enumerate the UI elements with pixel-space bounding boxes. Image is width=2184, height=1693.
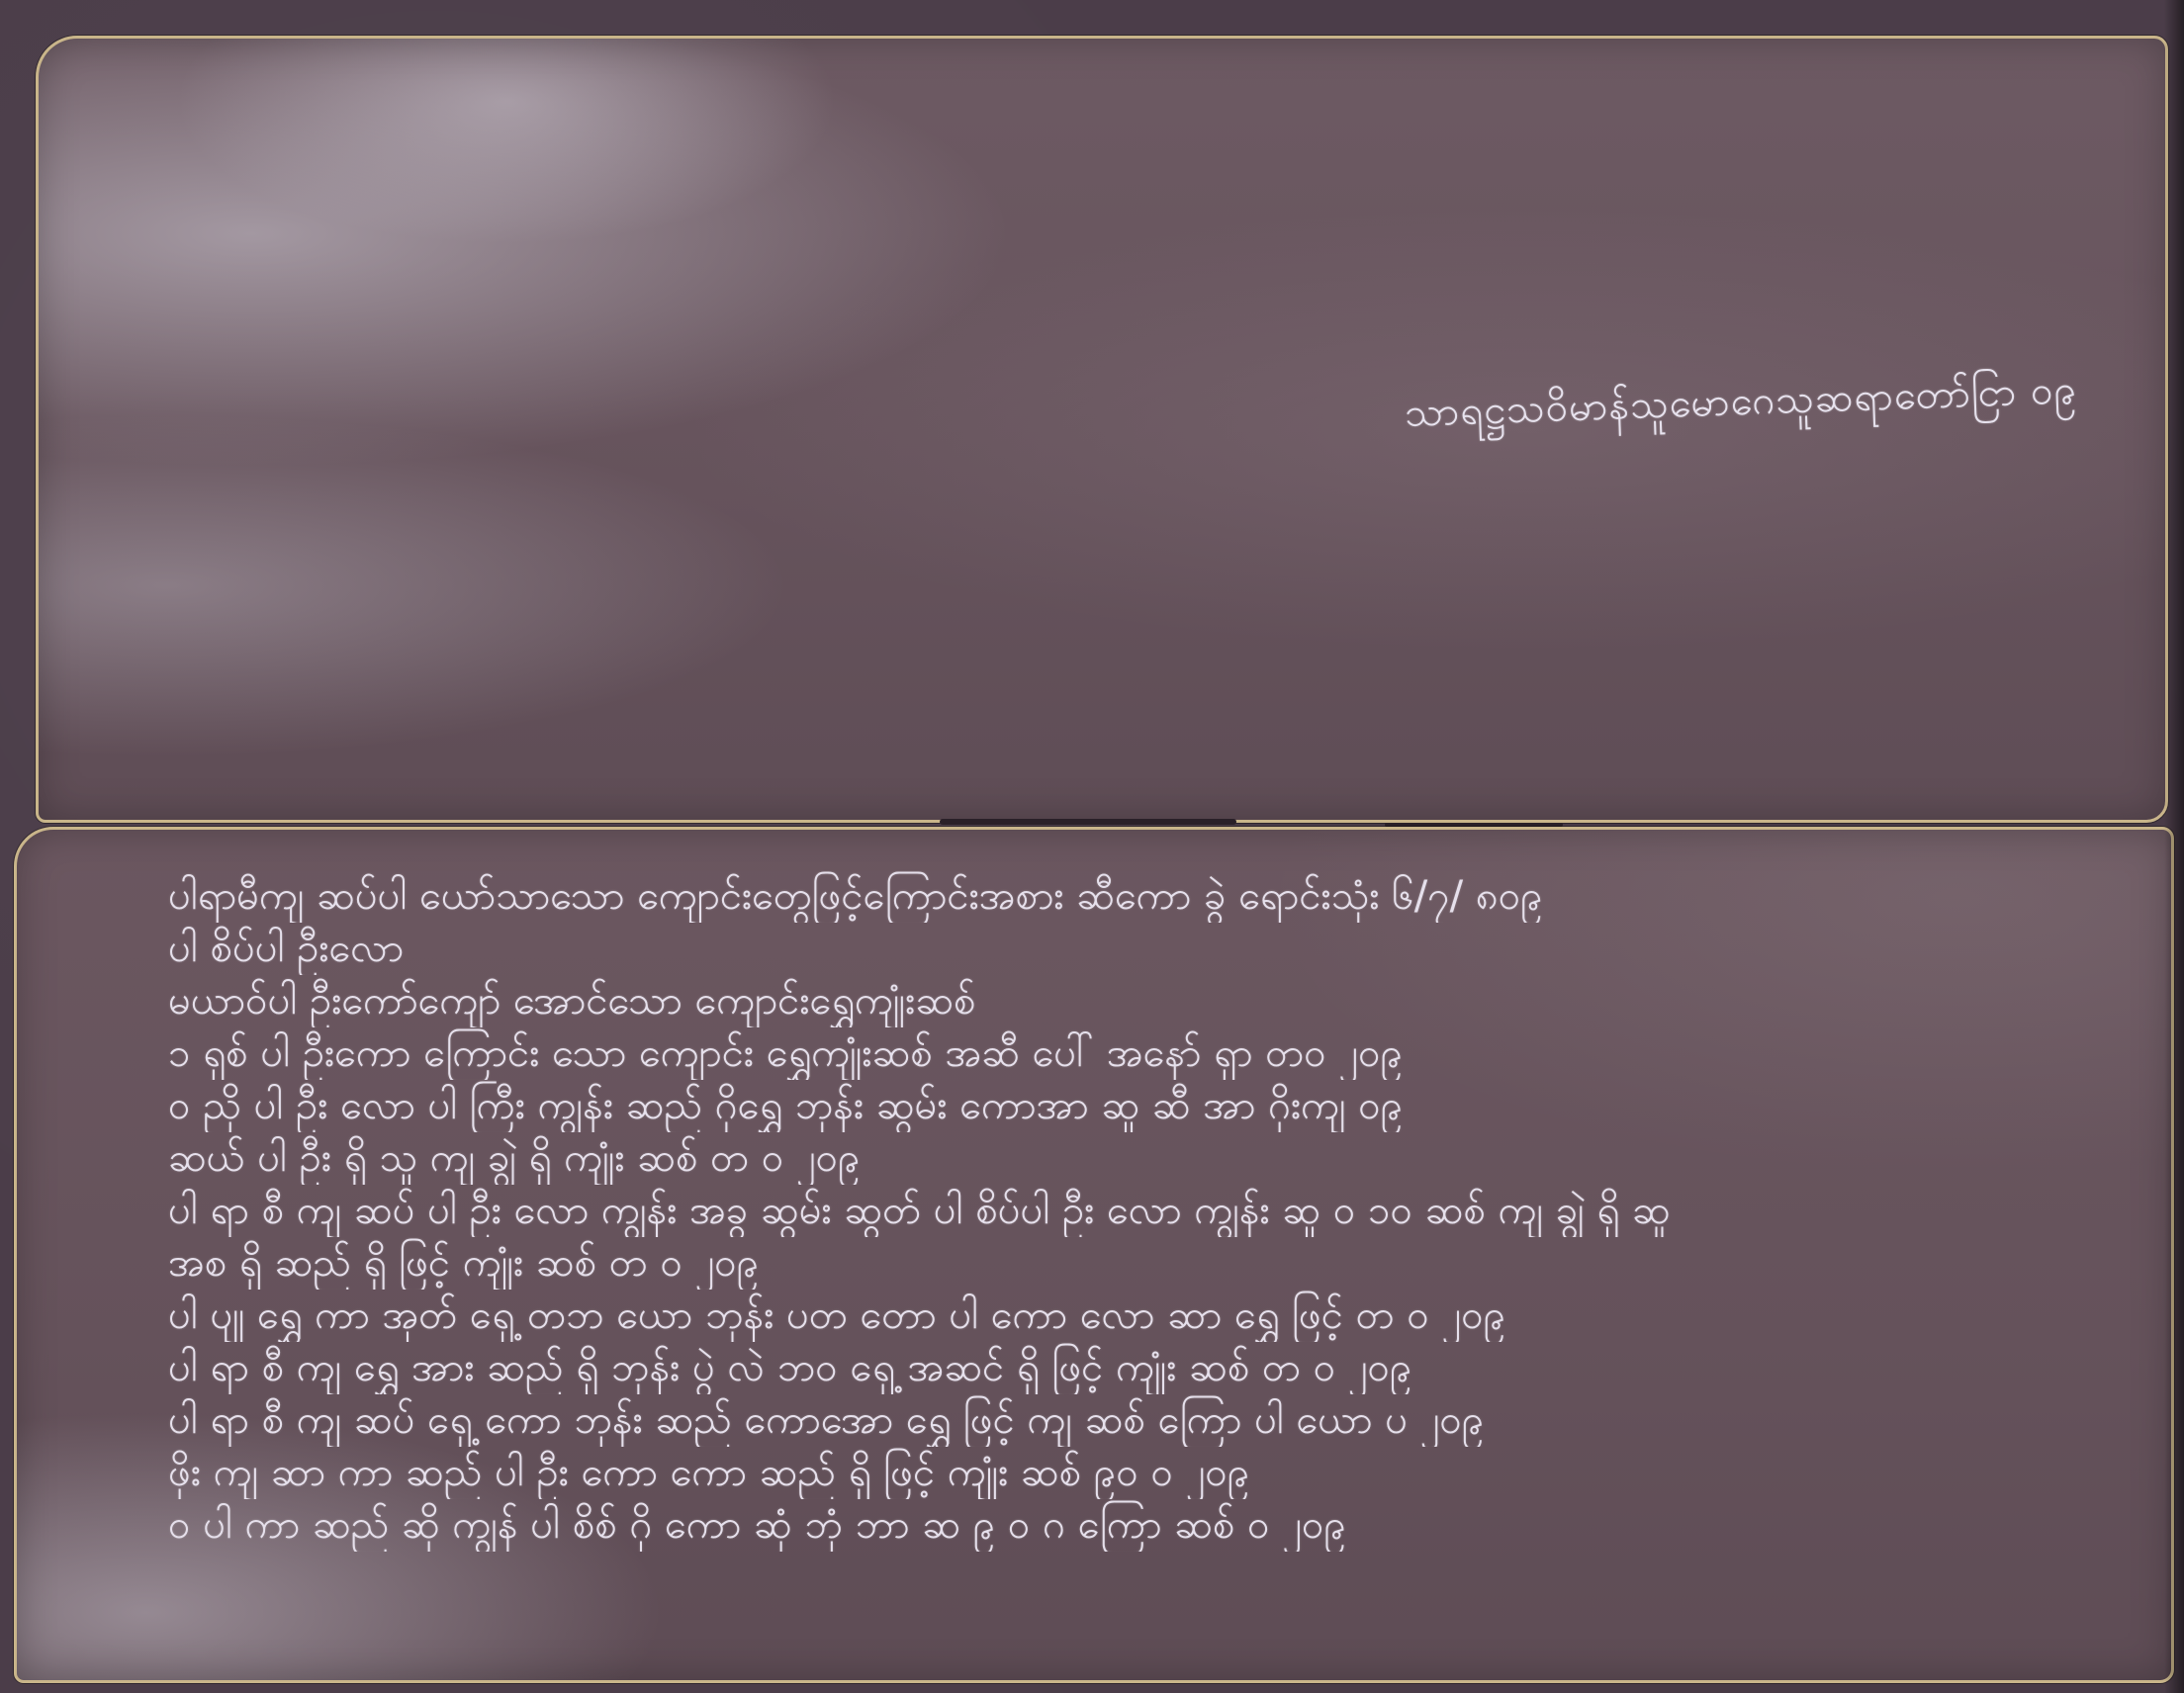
text-line: ၀ ညှိ ပါ ဦး လော ပါ ကြီး ကျွန်း ဆည် ဂိုရွ… xyxy=(168,1080,2127,1132)
edge-shadow xyxy=(2164,0,2184,1693)
text-line: မယာဝ်ပါ ဦးကော်ကျော် အောင်သော ကျောင်းရွှေ… xyxy=(168,975,2127,1027)
text-line: အစ ရှိ ဆည် ရှိ ဖြင့် ကျုံး ဆစ် ၀ာ ဝ ၂၀၉ xyxy=(168,1237,2127,1290)
text-line: ဖိုး ကျ ဆာ ကာ ဆည် ပါ ဦး ကော ကော ဆည် ရှိ … xyxy=(168,1447,2127,1499)
text-line: ပါရာမီကျ ဆပ်ပါ ယော်သာသော ကျောင်းတွေဖြင့်… xyxy=(168,870,2127,923)
text-line: ၀ ပါ ကာ ဆည် ဆို ကျွန် ပါ စိစ် ဂို ကော ဆု… xyxy=(168,1499,2127,1552)
text-line: ပါ စိပ်ပါ ဦးလော xyxy=(168,923,2127,975)
text-line: ပါ ရာ စီ ကျ ဆပ် ပါ ဦး လော ကျွန်း အခွ ဆွမ… xyxy=(168,1185,2127,1237)
text-line: ပါ ရာ စီ ကျ ဆပ် ရှေ့ ကော ဘုန်း ဆည် ကောအေ… xyxy=(168,1394,2127,1447)
text-line: ပါ ရာ စီ ကျ ရွှေ အား ဆည် ရှိ ဘုန်း ပွဲ လ… xyxy=(168,1342,2127,1394)
text-line: ၁ ရှစ် ပါ ဦးကော ကြောင်း သော ကျောင်း ရွှေ… xyxy=(168,1027,2127,1080)
bottom-panel-text: ပါရာမီကျ ဆပ်ပါ ယော်သာသော ကျောင်းတွေဖြင့်… xyxy=(168,870,2127,1552)
fold-crack xyxy=(940,819,1236,825)
text-line: ဆယ် ပါ ဦး ရှိ သူ ကျ ချွဲ ရှိ ကျုံး ဆစ် ၀… xyxy=(168,1132,2127,1185)
text-line: ပါ ပျု ရွှေ ကာ အုတ် ရှေ့ တဘ ယော ဘုန်း ပတ… xyxy=(168,1290,2127,1342)
